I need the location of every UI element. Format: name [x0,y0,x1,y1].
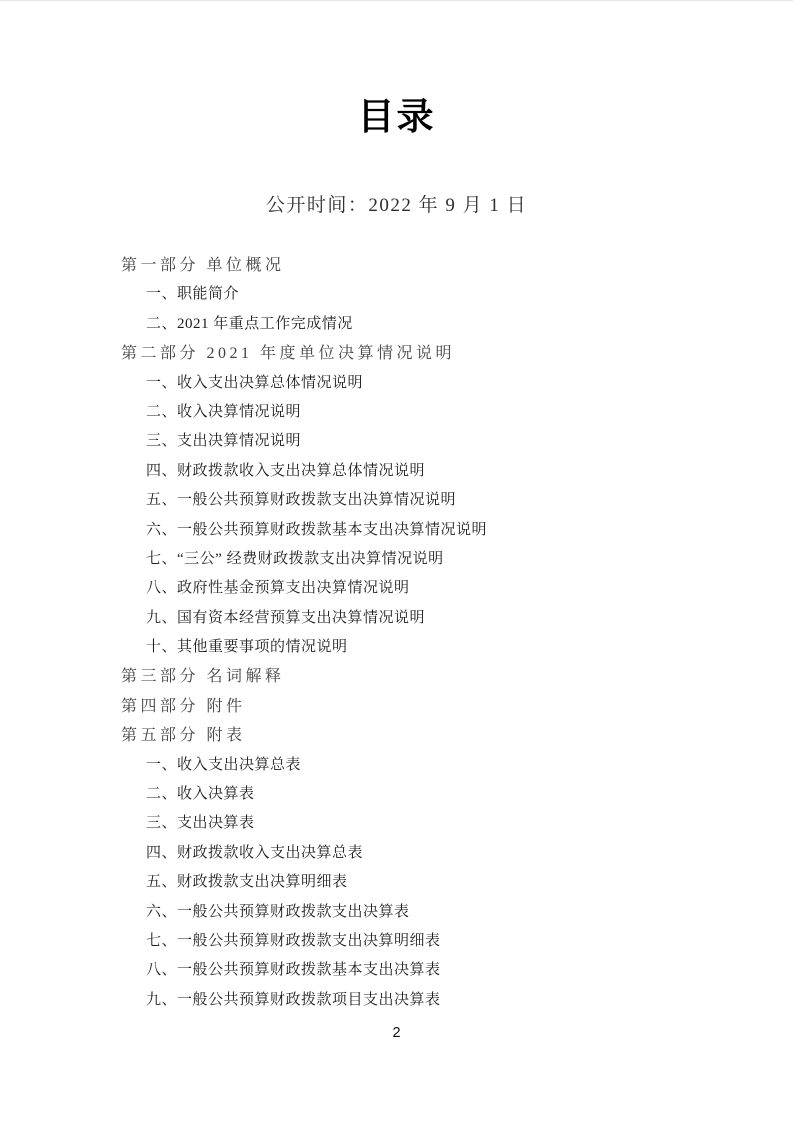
toc-entry-item: 五、财政拨款支出决算明细表 [0,868,793,897]
toc-entry-label: 一、收入支出决算总体情况说明 [146,375,363,391]
toc-entry-item: 五、一般公共预算财政拨款支出决算情况说明 [0,486,793,515]
toc-entry-label: 六、一般公共预算财政拨款基本支出决算情况说明 [146,522,487,538]
toc-entry-label: 七、“三公” 经费财政拨款支出决算情况说明 [146,551,444,567]
page-number: 2 [0,1023,793,1043]
toc-entry-item: 九、国有资本经营预算支出决算情况说明 [0,604,793,633]
toc-entry-label: 九、国有资本经营预算支出决算情况说明 [146,610,425,626]
toc-entry-label: 第四部分 附件 [121,698,246,715]
toc-entry-label: 二、收入决算情况说明 [146,404,301,420]
toc-entry-section: 第五部分 附表 [0,721,793,750]
toc-entry-label: 二、收入决算表 [146,786,255,802]
table-of-contents: 第一部分 单位概况一、职能简介二、2021 年重点工作完成情况第二部分 2021… [0,251,793,1015]
toc-entry-item: 二、2021 年重点工作完成情况 [0,310,793,339]
toc-entry-section: 第三部分 名词解释 [0,662,793,691]
toc-entry-item: 一、收入支出决算总体情况说明 [0,369,793,398]
page-title: 目录 [0,96,793,138]
toc-entry-label: 八、政府性基金预算支出决算情况说明 [146,580,410,596]
toc-entry-label: 八、一般公共预算财政拨款基本支出决算表 [146,962,441,978]
toc-entry-label: 四、财政拨款收入支出决算总表 [146,845,363,861]
toc-entry-label: 三、支出决算表 [146,815,255,831]
toc-entry-label: 第三部分 名词解释 [121,668,285,685]
toc-entry-item: 六、一般公共预算财政拨款支出决算表 [0,898,793,927]
toc-entry-label: 六、一般公共预算财政拨款支出决算表 [146,904,410,920]
toc-entry-item: 二、收入决算表 [0,780,793,809]
toc-entry-label: 第五部分 附表 [121,727,246,744]
toc-entry-item: 四、财政拨款收入支出决算总表 [0,839,793,868]
toc-entry-item: 九、一般公共预算财政拨款项目支出决算表 [0,986,793,1015]
toc-entry-item: 三、支出决算表 [0,809,793,838]
toc-entry-item: 一、职能简介 [0,280,793,309]
toc-entry-item: 一、收入支出决算总表 [0,751,793,780]
toc-entry-item: 二、收入决算情况说明 [0,398,793,427]
toc-entry-item: 八、一般公共预算财政拨款基本支出决算表 [0,956,793,985]
toc-entry-label: 第一部分 单位概况 [121,257,285,274]
toc-entry-label: 一、职能简介 [146,286,239,302]
toc-entry-section: 第二部分 2021 年度单位决算情况说明 [0,339,793,368]
toc-entry-item: 三、支出决算情况说明 [0,427,793,456]
toc-entry-label: 五、财政拨款支出决算明细表 [146,874,348,890]
toc-entry-item: 六、一般公共预算财政拨款基本支出决算情况说明 [0,516,793,545]
toc-entry-item: 七、一般公共预算财政拨款支出决算明细表 [0,927,793,956]
publish-time: 公开时间：2022 年 9 月 1 日 [0,195,793,217]
toc-entry-label: 第二部分 2021 年度单位决算情况说明 [121,345,455,362]
toc-entry-label: 九、一般公共预算财政拨款项目支出决算表 [146,992,441,1008]
document-page: 目录 公开时间：2022 年 9 月 1 日 第一部分 单位概况一、职能简介二、… [0,0,793,1122]
toc-entry-label: 二、2021 年重点工作完成情况 [146,316,353,332]
toc-entry-label: 五、一般公共预算财政拨款支出决算情况说明 [146,492,456,508]
toc-entry-item: 十、其他重要事项的情况说明 [0,633,793,662]
toc-entry-item: 七、“三公” 经费财政拨款支出决算情况说明 [0,545,793,574]
toc-entry-label: 七、一般公共预算财政拨款支出决算明细表 [146,933,441,949]
toc-entry-label: 四、财政拨款收入支出决算总体情况说明 [146,463,425,479]
toc-entry-label: 三、支出决算情况说明 [146,433,301,449]
toc-entry-label: 一、收入支出决算总表 [146,757,301,773]
toc-entry-section: 第一部分 单位概况 [0,251,793,280]
toc-entry-section: 第四部分 附件 [0,692,793,721]
toc-entry-item: 八、政府性基金预算支出决算情况说明 [0,574,793,603]
toc-entry-label: 十、其他重要事项的情况说明 [146,639,348,655]
toc-entry-item: 四、财政拨款收入支出决算总体情况说明 [0,457,793,486]
